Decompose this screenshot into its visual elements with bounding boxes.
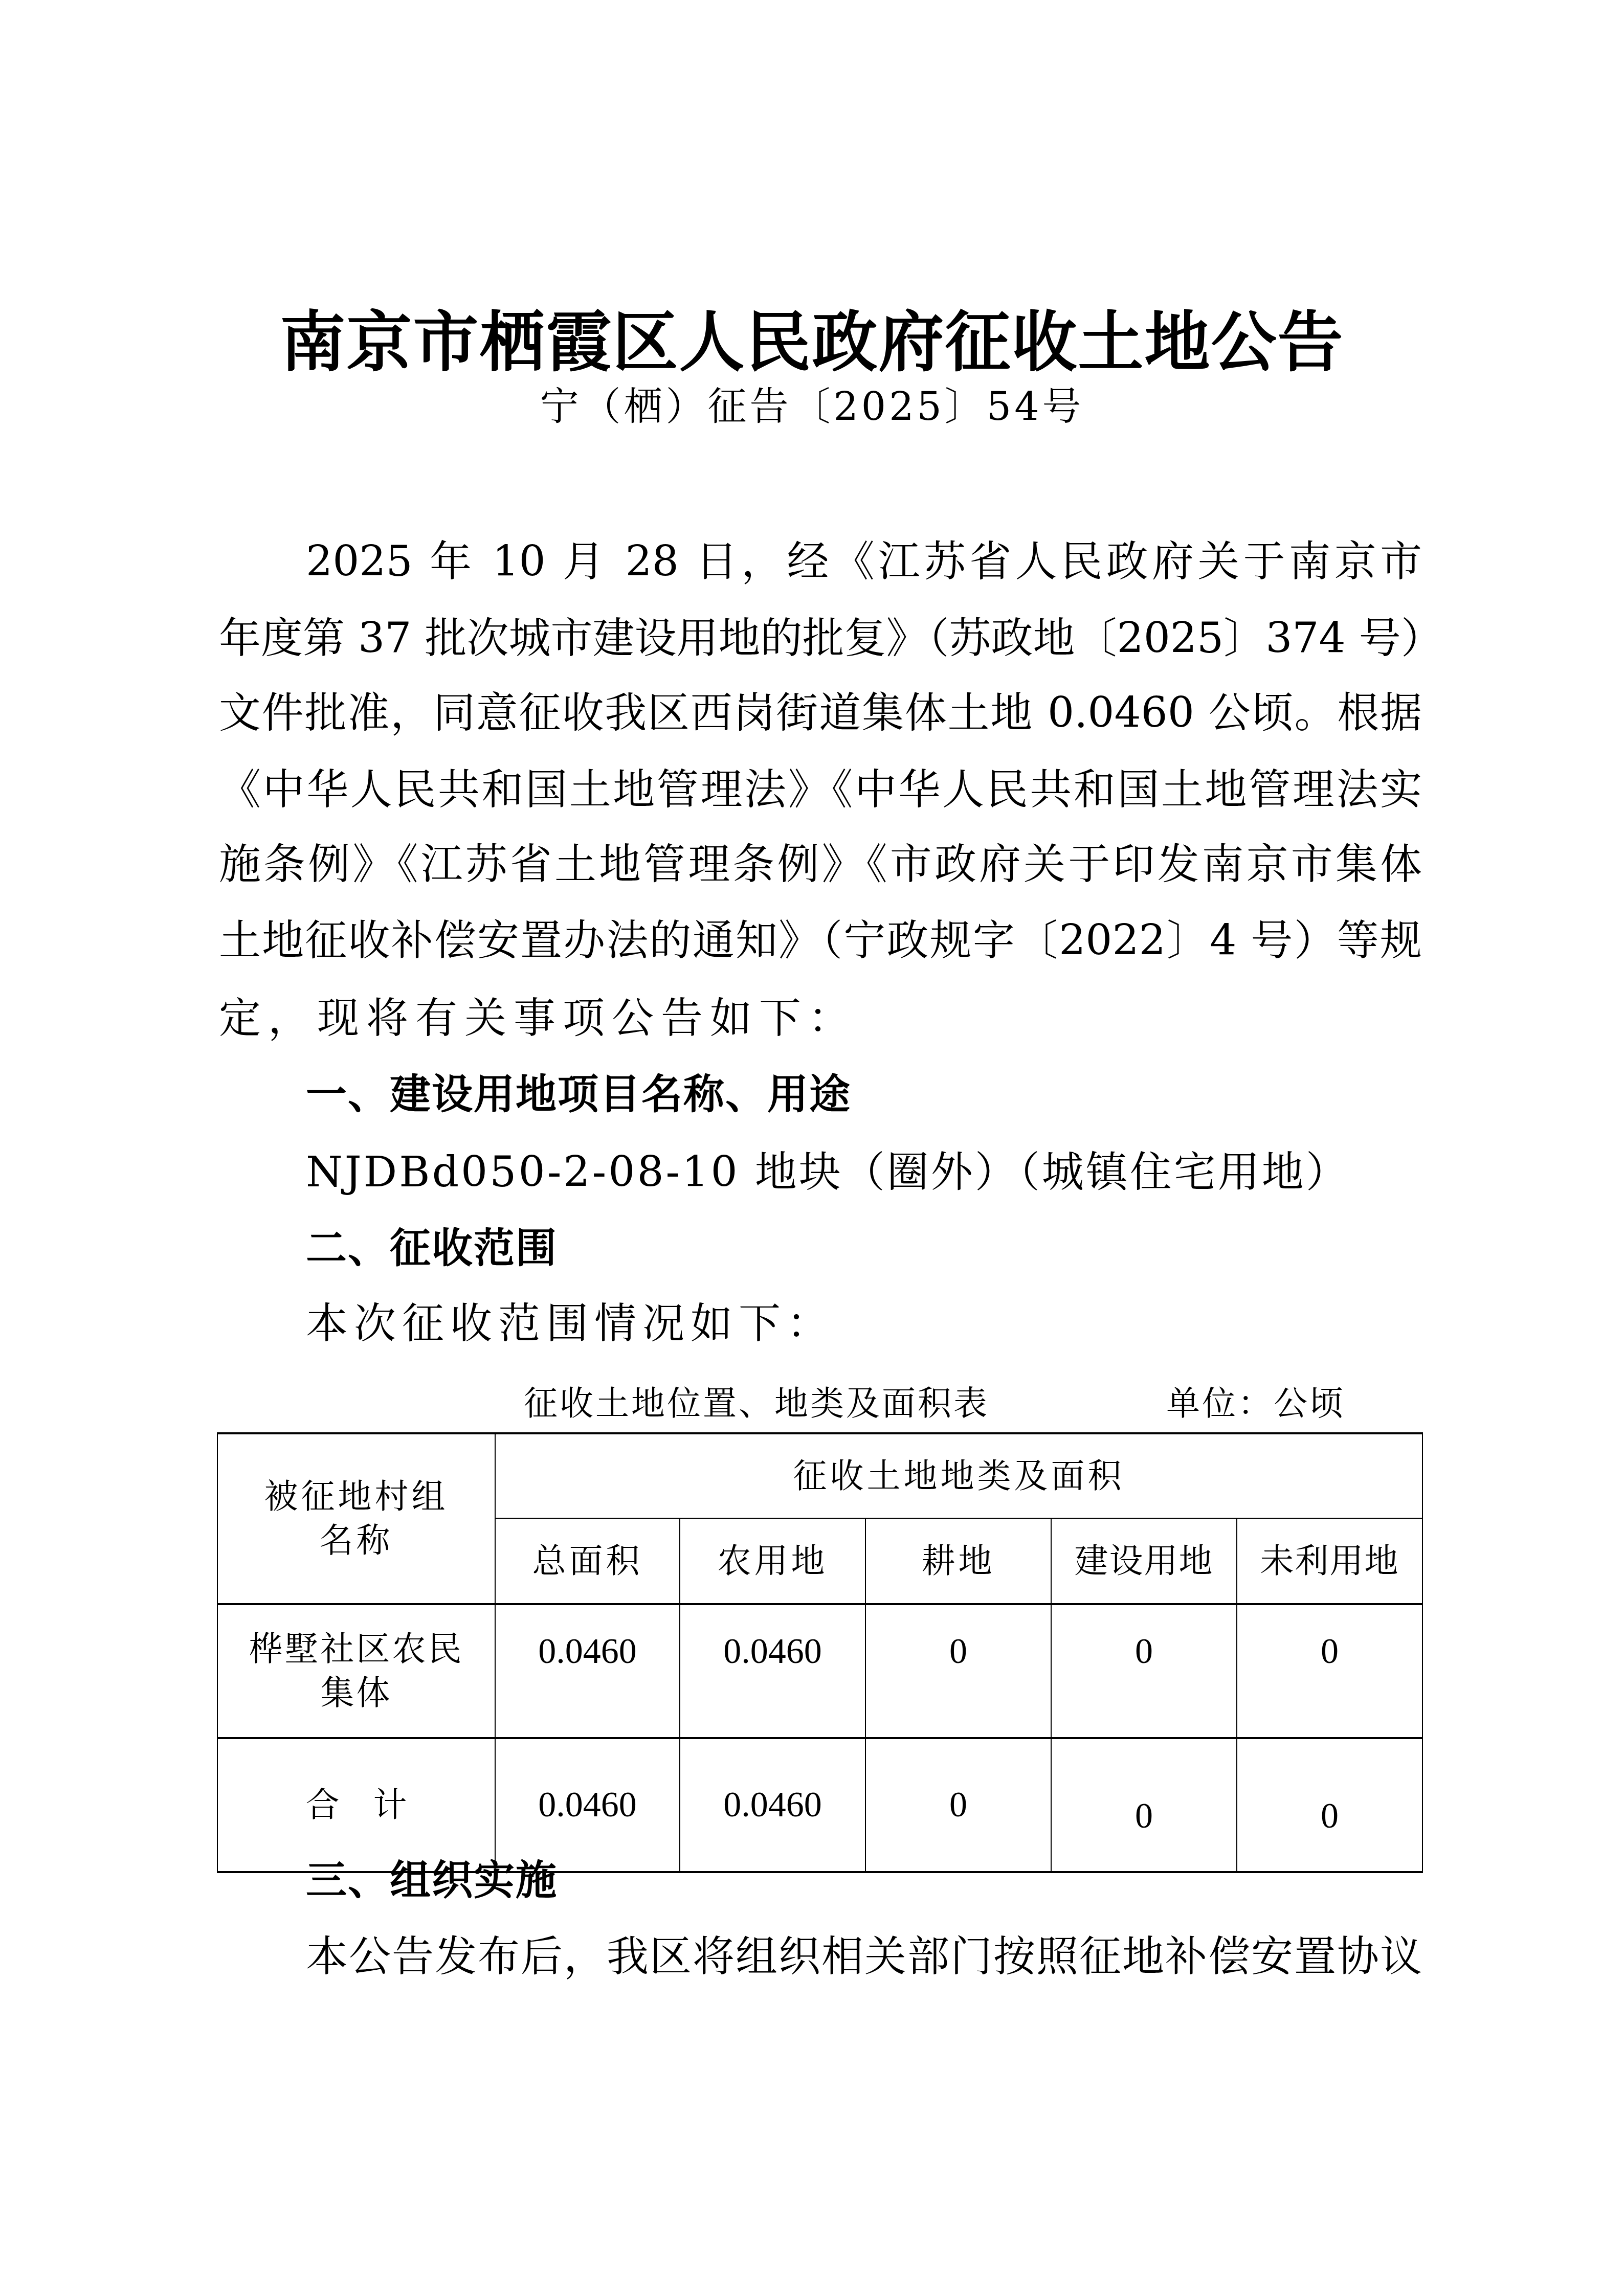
- intro-line-1: 2025 年 10 月 28 日，经《江苏省人民政府关于南京市 2025: [306, 536, 1422, 588]
- cell-cultivated: 0: [865, 1738, 1051, 1872]
- intro-line-3: 文件批准，同意征收我区西岗街道集体土地 0.0460 公顷。根据: [219, 688, 1422, 739]
- intro-line-5: 施条例》《江苏省土地管理条例》《市政府关于印发南京市集体: [219, 839, 1422, 890]
- table-caption: 征收土地位置、地类及面积表: [524, 1381, 989, 1427]
- header-village-name-label: 被征地村组名称: [259, 1475, 454, 1563]
- value: 0.0460: [723, 1632, 822, 1671]
- section-3-body: 本公告发布后，我区将组织相关部门按照征地补偿安置协议: [306, 1931, 1422, 1983]
- header-unused: 未利用地: [1237, 1518, 1422, 1604]
- value: 0: [949, 1785, 967, 1825]
- cell-cultivated: 0: [865, 1604, 1051, 1738]
- cell-unused: 0: [1237, 1738, 1422, 1872]
- value: 0: [1135, 1632, 1153, 1671]
- value: 0.0460: [538, 1785, 637, 1825]
- land-area-table: 被征地村组名称 征收土地地类及面积 总面积 农用地 耕地 建设用地 未利用地 桦…: [217, 1432, 1423, 1873]
- row-village-name-label: 桦墅社区农民集体: [244, 1627, 469, 1715]
- table-row-total: 合 计 0.0460 0.0460 0 0 0: [217, 1738, 1422, 1872]
- row-village-name: 桦墅社区农民集体: [217, 1604, 495, 1738]
- value: 0: [1135, 1796, 1153, 1836]
- header-village-name: 被征地村组名称: [217, 1433, 495, 1604]
- cell-unused: 0: [1237, 1604, 1422, 1738]
- cell-total-area: 0.0460: [495, 1604, 680, 1738]
- document-title: 南京市栖霞区人民政府征收土地公告: [0, 302, 1624, 384]
- header-cultivated: 耕地: [865, 1518, 1051, 1604]
- row-total-label: 合 计: [217, 1738, 495, 1872]
- section-3-heading: 三、组织实施: [306, 1855, 558, 1906]
- value: 0.0460: [538, 1632, 637, 1671]
- value: 0: [1321, 1796, 1339, 1836]
- intro-line-7: 定，现将有关事项公告如下：: [219, 993, 857, 1044]
- section-2-heading: 二、征收范围: [306, 1223, 558, 1274]
- table-row: 桦墅社区农民集体 0.0460 0.0460 0 0 0: [217, 1604, 1422, 1738]
- document-number: 宁（栖）征告〔2025〕54号: [0, 381, 1624, 432]
- value: 0: [949, 1632, 967, 1671]
- header-group: 征收土地地类及面积: [495, 1433, 1422, 1518]
- value: 0.0460: [723, 1785, 822, 1825]
- document-page: 南京市栖霞区人民政府征收土地公告 宁（栖）征告〔2025〕54号 2025 年 …: [0, 0, 1624, 2296]
- table-header-row: 被征地村组名称 征收土地地类及面积: [217, 1433, 1422, 1518]
- header-construction: 建设用地: [1051, 1518, 1237, 1604]
- cell-construction: 0: [1051, 1738, 1237, 1872]
- cell-agricultural: 0.0460: [680, 1738, 865, 1872]
- section-1-heading: 一、建设用地项目名称、用途: [306, 1069, 851, 1120]
- value: 0: [1321, 1632, 1339, 1671]
- section-2-body: 本次征收范围情况如下：: [306, 1298, 835, 1349]
- cell-total-area: 0.0460: [495, 1738, 680, 1872]
- section-1-body: NJDBd050-2-08-10 地块（圈外）（城镇住宅用地）: [306, 1147, 1350, 1198]
- intro-line-2: 年度第 37 批次城市建设用地的批复》（苏政地〔2025〕374 号）: [219, 613, 1422, 664]
- intro-line-6: 土地征收补偿安置办法的通知》（宁政规字〔2022〕4 号）等规: [219, 915, 1422, 966]
- cell-construction: 0: [1051, 1604, 1237, 1738]
- header-total-area: 总面积: [495, 1518, 680, 1604]
- cell-agricultural: 0.0460: [680, 1604, 865, 1738]
- header-agricultural: 农用地: [680, 1518, 865, 1604]
- intro-line-4: 《中华人民共和国土地管理法》《中华人民共和国土地管理法实: [219, 764, 1422, 816]
- table-unit: 单位：公顷: [1166, 1381, 1345, 1427]
